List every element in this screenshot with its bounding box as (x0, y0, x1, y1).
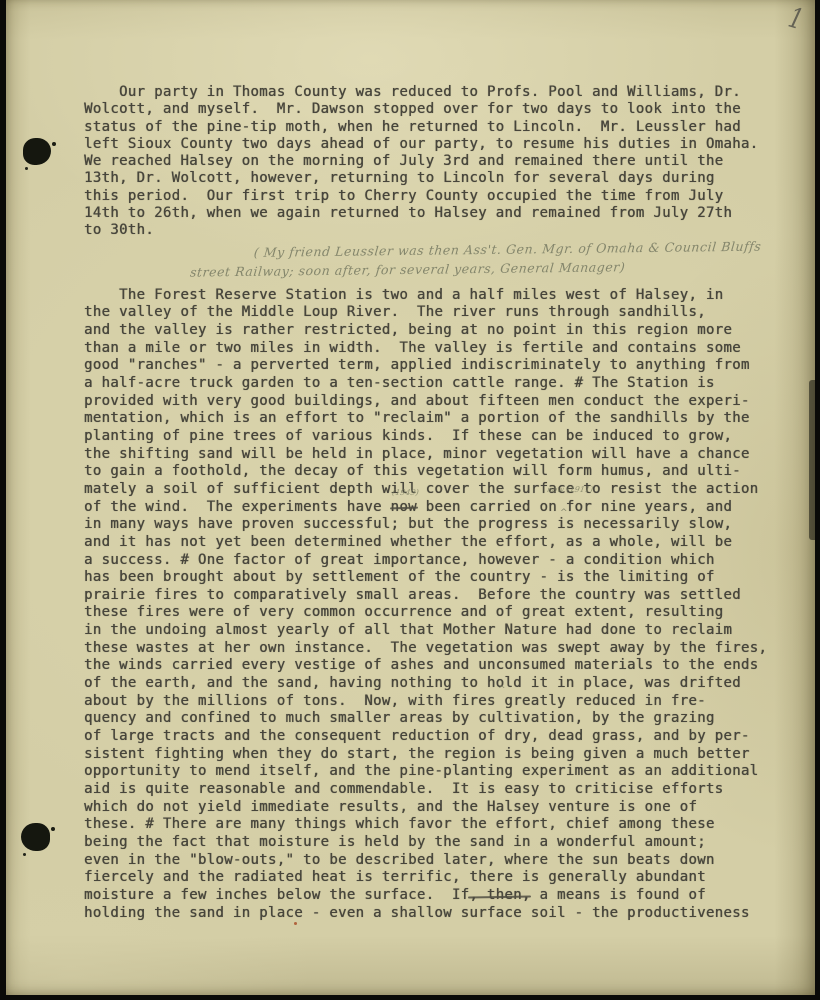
typed-line: status of the pine-tip moth, when he ret… (84, 119, 767, 136)
paragraph-2: The Forest Reserve Station is two and a … (84, 287, 767, 923)
typed-line: to gain a foothold, the decay of this ve… (84, 463, 767, 481)
typed-line: holding the sand in place - even a shall… (84, 905, 767, 923)
typed-line: 14th to 26th, when we again returned to … (84, 205, 767, 222)
typed-line: these fires were of very common occurren… (84, 604, 767, 622)
typed-line: good "ranches" - a perverted term, appli… (84, 357, 767, 375)
ink-blob-top (23, 138, 51, 165)
typed-line: provided with very good buildings, and a… (84, 393, 767, 411)
typed-line: sistent fighting when they do start, the… (84, 746, 767, 764)
typed-line: in the undoing almost yearly of all that… (84, 622, 767, 640)
typed-line: this period. Our first trip to Cherry Co… (84, 188, 767, 205)
typed-line: prairie fires to comparatively small are… (84, 587, 767, 605)
typed-line: mentation, which is an effort to "reclai… (84, 410, 767, 428)
typed-line: the winds carried every vestige of ashes… (84, 657, 767, 675)
typed-line: and it has not yet been determined wheth… (84, 534, 767, 552)
red-speck (294, 922, 297, 925)
typed-line: being the fact that moisture is held by … (84, 834, 767, 852)
typed-line: has been brought about by settlement of … (84, 569, 767, 587)
typed-text-block: Our party in Thomas County was reduced t… (84, 84, 767, 922)
typed-line: We reached Halsey on the morning of July… (84, 153, 767, 170)
typed-line: the shifting sand will be held in place,… (84, 446, 767, 464)
handwritten-annotation: ( My friend Leussler was then Ass't. Gen… (187, 236, 780, 281)
page-number: 1 (785, 1, 807, 36)
typed-line: in many ways have proven successful; but… (84, 516, 767, 534)
pencil-caret-insert: ^ (560, 509, 568, 518)
pencil-note-above-on-for: now (1911) (546, 486, 593, 494)
scanned-page: 1 Our party in Thomas County was reduced… (0, 0, 820, 1000)
typed-line: planting of pine trees of various kinds.… (84, 428, 767, 446)
pencil-note-above-now: (1949) (391, 489, 419, 497)
typed-line: quency and confined to much smaller area… (84, 710, 767, 728)
typed-line: and the valley is rather restricted, bei… (84, 322, 767, 340)
typed-line: moisture a few inches below the surface.… (84, 887, 767, 905)
typed-line: these. # There are many things which fav… (84, 816, 767, 834)
typed-line: fiercely and the radiated heat is terrif… (84, 869, 767, 887)
typed-line: of large tracts and the consequent reduc… (84, 728, 767, 746)
right-edge-shadow (809, 380, 815, 540)
typed-line: these wastes at her own instance. The ve… (84, 640, 767, 658)
typed-line: left Sioux County two days ahead of our … (84, 136, 767, 153)
typed-line: of the earth, and the sand, having nothi… (84, 675, 767, 693)
typed-line: The Forest Reserve Station is two and a … (84, 287, 767, 305)
pencil-caret-greatly: ^ (498, 686, 506, 695)
typed-line: aid is quite reasonable and commendable.… (84, 781, 767, 799)
typed-line: the valley of the Middle Loup River. The… (84, 304, 767, 322)
paragraph-1: Our party in Thomas County was reduced t… (84, 84, 767, 240)
paper-sheet: 1 Our party in Thomas County was reduced… (6, 0, 815, 995)
typed-line: Wolcott, and myself. Mr. Dawson stopped … (84, 101, 767, 118)
typed-line: Our party in Thomas County was reduced t… (84, 84, 767, 101)
typed-line: 13th, Dr. Wolcott, however, returning to… (84, 170, 767, 187)
ink-blob-bottom (21, 823, 50, 851)
typed-line: which do not yield immediate results, an… (84, 799, 767, 817)
typed-line: than a mile or two miles in width. The v… (84, 340, 767, 358)
typed-line: opportunity to mend itself, and the pine… (84, 763, 767, 781)
typed-line: even in the "blow-outs," to be described… (84, 852, 767, 870)
typed-line: a success. # One factor of great importa… (84, 552, 767, 570)
typed-line: about by the millions of tons. Now, with… (84, 693, 767, 711)
typed-line: of the wind. The experiments have now be… (84, 499, 767, 517)
typed-line: a half-acre truck garden to a ten-sectio… (84, 375, 767, 393)
typed-line: mately a soil of sufficient depth will c… (84, 481, 767, 499)
